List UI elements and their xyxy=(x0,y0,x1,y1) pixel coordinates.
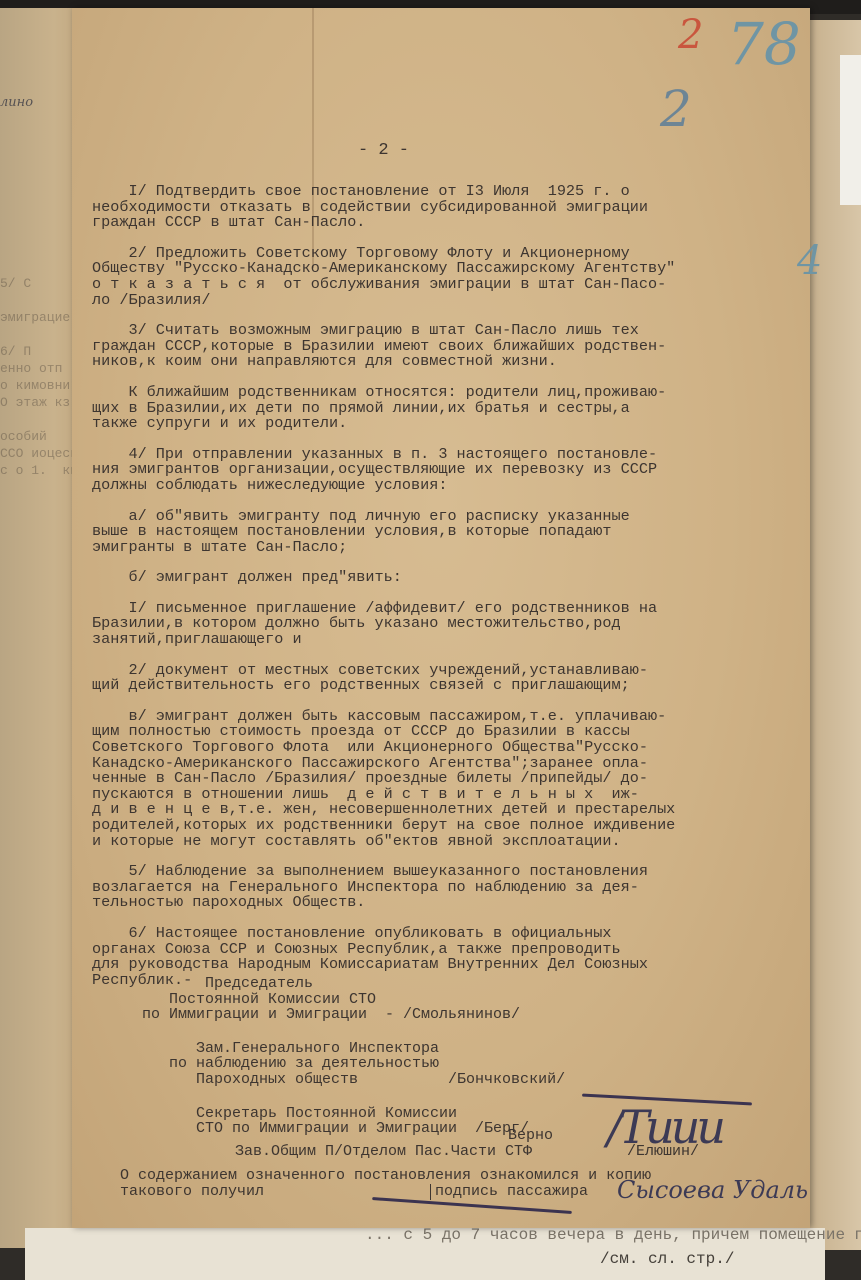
underlying-partial-line: ... с 5 до 7 часов вечера в день, причем… xyxy=(365,1226,861,1244)
certification-verno: Верно xyxy=(508,1128,553,1144)
paragraph-p4b2: 2/ документ от местных советских учрежде… xyxy=(92,663,792,694)
ghost-line xyxy=(0,326,82,343)
paragraph-p4v: в/ эмигрант должен быть кассовым пассажи… xyxy=(92,709,792,849)
paragraph-p3: 3/ Считать возможным эмиграцию в штат Са… xyxy=(92,323,792,370)
signature-block: Председатель Постоянной Комиссии СТОпо И… xyxy=(142,976,565,1155)
signature-line: Секретарь Постоянной Комиссии xyxy=(142,1106,565,1122)
folio-number-annotation: 78 xyxy=(727,10,801,78)
typed-line: занятий,приглашающего и xyxy=(92,632,792,648)
typed-line: эмигранты в штате Сан-Пасло; xyxy=(92,540,792,556)
page-number: - 2 - xyxy=(358,141,409,160)
signature-deputy: Зам.Генерального Инспектора по наблюдени… xyxy=(142,1041,565,1088)
typed-line: также супруги и их родители. xyxy=(92,416,792,432)
underlying-next-page: ... с 5 до 7 часов вечера в день, причем… xyxy=(25,1228,825,1280)
ghost-line: О этаж кз xyxy=(0,394,82,411)
typed-line: б/ эмигрант должен пред"явить: xyxy=(92,570,792,586)
acknowledgement-line-1: О содержанием означенного постановления … xyxy=(120,1168,651,1184)
signature-line: СТО по Иммиграции и Эмиграции /Берг/ xyxy=(142,1121,565,1137)
left-sheet-bleedthrough: лино 5/ С эмиграцие 6/ Пенно отпо кимовн… xyxy=(0,60,82,496)
typed-line: щий действительность его родственных свя… xyxy=(92,678,792,694)
typed-line: ло /Бразилия/ xyxy=(92,293,792,309)
signature-line: Зам.Генерального Инспектора xyxy=(142,1041,565,1057)
typed-line: для руководства Народным Комиссариатам В… xyxy=(92,957,792,973)
document-page: 2 78 2 4 - 2 - I/ Подтвердить свое поста… xyxy=(72,8,810,1228)
white-sheet-edge xyxy=(840,55,861,205)
signature-secretary: Секретарь Постоянной Комиссии СТО по Имм… xyxy=(142,1106,565,1137)
signature-line: Постоянной Комиссии СТО xyxy=(142,992,565,1008)
paragraph-p2: 2/ Предложить Советскому Торговому Флоту… xyxy=(92,246,792,308)
typed-line: и которые не могут составлять об"ектов я… xyxy=(92,834,792,850)
ghost-line xyxy=(0,292,82,309)
ghost-line: 5/ С xyxy=(0,275,82,292)
ghost-line: енно отп xyxy=(0,360,82,377)
ghost-line: эмиграцие xyxy=(0,309,82,326)
ghost-line: особий xyxy=(0,428,82,445)
ghost-line: ССО иоцескгі xyxy=(0,445,82,462)
paragraph-p1: I/ Подтвердить свое постановление от I3 … xyxy=(92,184,792,231)
signature-line: Пароходных обществ /Бончковский/ xyxy=(142,1072,565,1088)
ghost-line: о кимовни xyxy=(0,377,82,394)
paragraph-p4b1: I/ письменное приглашение /аффидевит/ ег… xyxy=(92,601,792,648)
paragraph-p4b: б/ эмигрант должен пред"явить: xyxy=(92,570,792,586)
paragraph-p3b: К ближайшим родственникам относятся: род… xyxy=(92,385,792,432)
passenger-signature-label: подпись пассажира xyxy=(430,1184,588,1200)
paragraph-p4: 4/ При отправлении указанных в п. 3 наст… xyxy=(92,447,792,494)
typed-line: тельностью пароходных Обществ. xyxy=(92,895,792,911)
signature-line: по наблюдению за деятельностью xyxy=(142,1056,565,1072)
sheet-number-annotation: 2 xyxy=(660,80,692,138)
ghost-line: с о 1. кив xyxy=(0,462,82,479)
typed-line: граждан СССР в штат Сан-Пасло. xyxy=(92,215,792,231)
resolution-body: I/ Подтвердить свое постановление от I3 … xyxy=(92,184,792,988)
right-edge-annotation: 4 xyxy=(797,238,822,284)
continued-next-page-note: /см. сл. стр./ xyxy=(600,1250,734,1268)
typed-line: должны соблюдать нижеследующие условия: xyxy=(92,478,792,494)
ghost-line xyxy=(0,411,82,428)
passenger-handwritten-signature: Сысоева Удаль xyxy=(617,1176,808,1204)
acknowledgement-line-2: такового получил xyxy=(120,1184,264,1200)
ghost-line: 6/ П xyxy=(0,343,82,360)
paragraph-p5: 5/ Наблюдение за выполнением вышеуказанн… xyxy=(92,864,792,911)
signature-chairman: Председатель Постоянной Комиссии СТОпо И… xyxy=(142,976,565,1023)
signature-line: Председатель xyxy=(142,976,565,992)
certification-line: Зав.Общим П/Отделом Пас.Части СТФ xyxy=(235,1144,532,1160)
signature-line: по Иммиграции и Эмиграции - /Смольянинов… xyxy=(142,1007,565,1023)
red-pencil-annotation: 2 xyxy=(678,12,703,58)
left-sheet-handwriting: лино xyxy=(0,94,82,111)
official-signature-scrawl: /Тиии xyxy=(607,1100,722,1154)
typed-line: ников,к коим они направляются для совмес… xyxy=(92,354,792,370)
paragraph-p4a: а/ об"явить эмигранту под личную его рас… xyxy=(92,509,792,556)
